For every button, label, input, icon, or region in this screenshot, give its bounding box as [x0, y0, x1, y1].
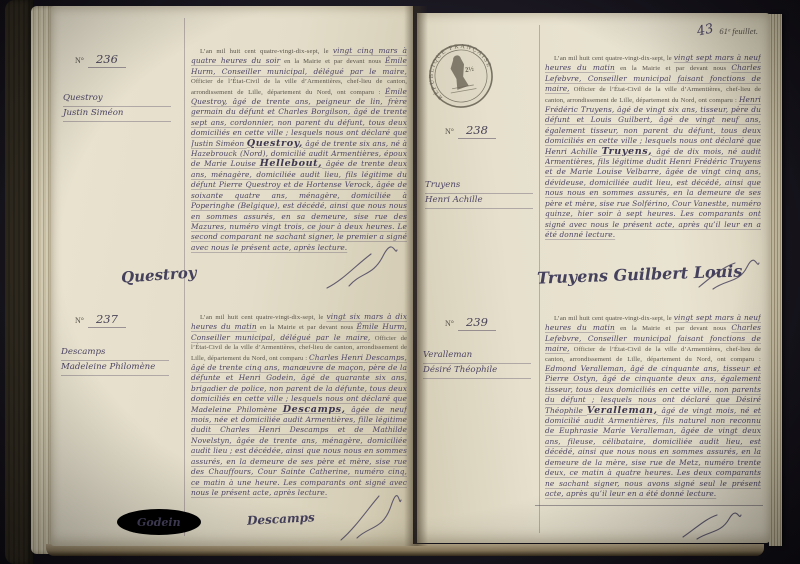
number-label: N°	[445, 127, 454, 136]
act-body: L’an mil huit cent quatre-vingt-dix-sept…	[545, 53, 761, 240]
act-number: N° 236	[75, 50, 126, 68]
signature-paraph-icon	[695, 257, 761, 298]
signature-paraph-icon	[321, 246, 401, 299]
register-photo: N° 236 QuestroyJustin Siméon L’an mil hu…	[0, 0, 800, 564]
signature: Descamps	[247, 510, 315, 528]
number-value: 237	[88, 312, 126, 328]
signature: Godein	[137, 516, 181, 529]
page-edge-stack-right	[769, 14, 782, 546]
right-page: 43 61ᵉ feuillet. RÉPUBLIQUE FRANÇAISE 2½…	[417, 13, 770, 543]
closing-rule	[535, 505, 763, 506]
act-number: N° 237	[75, 310, 126, 328]
left-page: N° 236 QuestroyJustin Siméon L’an mil hu…	[51, 6, 413, 546]
margin-name: DescampsMadeleine Philomène	[61, 346, 169, 376]
act-body: L’an mil huit cent quatre-vingt-dix-sept…	[191, 46, 407, 253]
folio-note: 61ᵉ feuillet.	[719, 26, 758, 36]
stamp-value: 2½	[464, 65, 474, 74]
act-number: N° 238	[445, 121, 496, 139]
margin-name: TruyensHenri Achille	[425, 179, 533, 209]
act-body: L’an mil huit cent quatre-vingt-dix-sept…	[545, 313, 761, 499]
signature-paraph-icon	[333, 492, 403, 549]
margin-name: QuestroyJustin Siméon	[63, 92, 171, 122]
number-value: 238	[458, 123, 496, 139]
number-label: N°	[445, 319, 454, 328]
number-label: N°	[75, 56, 84, 65]
revenue-stamp-icon: RÉPUBLIQUE FRANÇAISE 2½	[420, 35, 501, 116]
folio-header: 43 61ᵉ feuillet.	[697, 21, 758, 39]
signature-oval-icon: Godein	[113, 504, 205, 545]
margin-name: VerallemanDésiré Théophile	[423, 349, 531, 379]
number-value: 239	[458, 315, 496, 331]
number-value: 236	[88, 52, 126, 68]
book-cover-edge	[5, 0, 33, 564]
signature: Questroy	[120, 263, 197, 286]
folio-number-handwritten: 43	[695, 21, 714, 39]
signature-paraph-icon	[679, 511, 743, 548]
act-body: L’an mil huit cent quatre-vingt-dix-sept…	[191, 312, 407, 498]
number-label: N°	[75, 316, 84, 325]
act-number: N° 239	[445, 313, 496, 331]
